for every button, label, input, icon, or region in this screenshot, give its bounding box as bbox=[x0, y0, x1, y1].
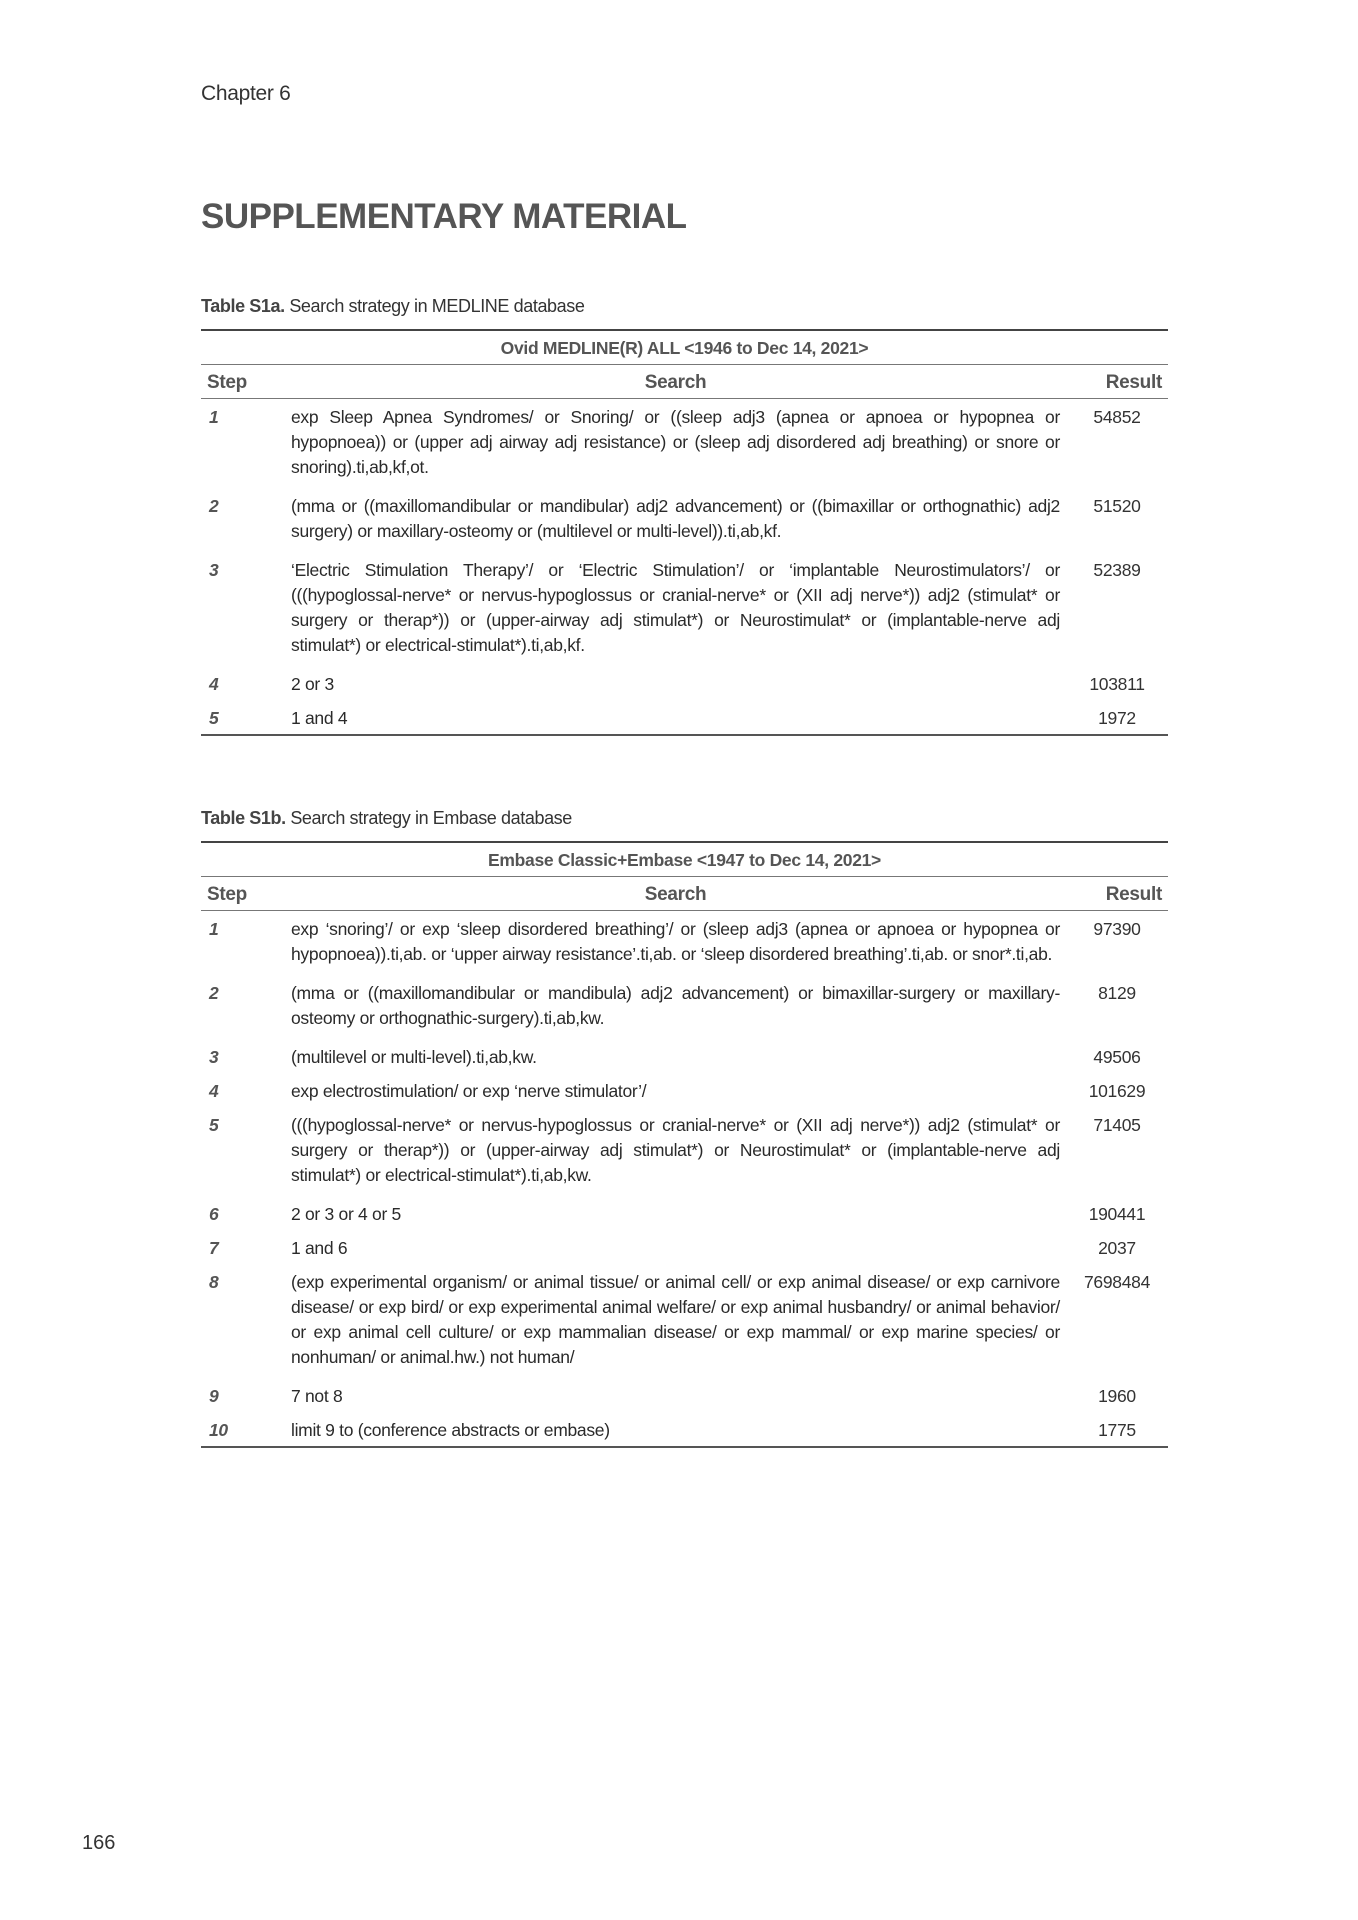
search-strategy-table: Ovid MEDLINE(R) ALL <1946 to Dec 14, 202… bbox=[201, 329, 1168, 736]
step-cell: 4 bbox=[201, 666, 285, 700]
column-header-search: Search bbox=[285, 365, 1066, 399]
database-header: Ovid MEDLINE(R) ALL <1946 to Dec 14, 202… bbox=[201, 330, 1168, 365]
column-header-search: Search bbox=[285, 877, 1066, 911]
table-row: 51 and 41972 bbox=[201, 700, 1168, 735]
table-s1a: Table S1a. Search strategy in MEDLINE da… bbox=[201, 296, 1168, 736]
step-cell: 1 bbox=[201, 911, 285, 976]
search-cell: (exp experimental organism/ or animal ti… bbox=[285, 1264, 1066, 1378]
search-strategy-table: Embase Classic+Embase <1947 to Dec 14, 2… bbox=[201, 841, 1168, 1448]
result-cell: 1960 bbox=[1066, 1378, 1168, 1412]
result-cell: 101629 bbox=[1066, 1073, 1168, 1107]
search-cell: (multilevel or multi-level).ti,ab,kw. bbox=[285, 1039, 1066, 1073]
result-cell: 51520 bbox=[1066, 488, 1168, 552]
step-cell: 5 bbox=[201, 1107, 285, 1196]
result-cell: 190441 bbox=[1066, 1196, 1168, 1230]
step-cell: 9 bbox=[201, 1378, 285, 1412]
table-row: 3‘Electric Stimulation Therapy’/ or ‘Ele… bbox=[201, 552, 1168, 666]
step-cell: 2 bbox=[201, 975, 285, 1039]
step-cell: 1 bbox=[201, 399, 285, 489]
result-cell: 54852 bbox=[1066, 399, 1168, 489]
page-number: 166 bbox=[82, 1832, 115, 1855]
search-cell: limit 9 to (conference abstracts or emba… bbox=[285, 1412, 1066, 1447]
step-cell: 3 bbox=[201, 552, 285, 666]
table-caption: Table S1a. Search strategy in MEDLINE da… bbox=[201, 296, 1168, 317]
table-body: 1exp Sleep Apnea Syndromes/ or Snoring/ … bbox=[201, 399, 1168, 736]
search-cell: 7 not 8 bbox=[285, 1378, 1066, 1412]
search-cell: (mma or ((maxillomandibular or mandibula… bbox=[285, 488, 1066, 552]
running-header-chapter: Chapter 6 bbox=[201, 82, 291, 106]
table-row: 8(exp experimental organism/ or animal t… bbox=[201, 1264, 1168, 1378]
table-body: 1exp ‘snoring’/ or exp ‘sleep disordered… bbox=[201, 911, 1168, 1448]
step-cell: 7 bbox=[201, 1230, 285, 1264]
column-header-step: Step bbox=[201, 877, 285, 911]
table-s1b: Table S1b. Search strategy in Embase dat… bbox=[201, 808, 1168, 1448]
column-header-result: Result bbox=[1066, 365, 1168, 399]
result-cell: 97390 bbox=[1066, 911, 1168, 976]
search-cell: 2 or 3 bbox=[285, 666, 1066, 700]
table-row: 3(multilevel or multi-level).ti,ab,kw.49… bbox=[201, 1039, 1168, 1073]
table-row: 4exp electrostimulation/ or exp ‘nerve s… bbox=[201, 1073, 1168, 1107]
step-cell: 5 bbox=[201, 700, 285, 735]
step-cell: 3 bbox=[201, 1039, 285, 1073]
result-cell: 71405 bbox=[1066, 1107, 1168, 1196]
search-cell: 1 and 4 bbox=[285, 700, 1066, 735]
search-cell: ‘Electric Stimulation Therapy’/ or ‘Elec… bbox=[285, 552, 1066, 666]
table-caption-text: Search strategy in Embase database bbox=[290, 808, 572, 828]
table-row: 62 or 3 or 4 or 5190441 bbox=[201, 1196, 1168, 1230]
table-caption: Table S1b. Search strategy in Embase dat… bbox=[201, 808, 1168, 829]
table-row: 71 and 62037 bbox=[201, 1230, 1168, 1264]
result-cell: 2037 bbox=[1066, 1230, 1168, 1264]
search-cell: exp ‘snoring’/ or exp ‘sleep disordered … bbox=[285, 911, 1066, 976]
result-cell: 8129 bbox=[1066, 975, 1168, 1039]
table-label: Table S1a. bbox=[201, 296, 285, 316]
table-caption-text: Search strategy in MEDLINE database bbox=[289, 296, 584, 316]
result-cell: 1972 bbox=[1066, 700, 1168, 735]
table-row: 5(((hypoglossal-nerve* or nervus-hypoglo… bbox=[201, 1107, 1168, 1196]
table-row: 1exp ‘snoring’/ or exp ‘sleep disordered… bbox=[201, 911, 1168, 976]
column-header-step: Step bbox=[201, 365, 285, 399]
table-row: 10limit 9 to (conference abstracts or em… bbox=[201, 1412, 1168, 1447]
table-row: 2(mma or ((maxillomandibular or mandibul… bbox=[201, 975, 1168, 1039]
table-row: 97 not 81960 bbox=[201, 1378, 1168, 1412]
step-cell: 10 bbox=[201, 1412, 285, 1447]
step-cell: 4 bbox=[201, 1073, 285, 1107]
result-cell: 1775 bbox=[1066, 1412, 1168, 1447]
step-cell: 2 bbox=[201, 488, 285, 552]
database-header: Embase Classic+Embase <1947 to Dec 14, 2… bbox=[201, 842, 1168, 877]
table-label: Table S1b. bbox=[201, 808, 286, 828]
search-cell: 2 or 3 or 4 or 5 bbox=[285, 1196, 1066, 1230]
search-cell: (((hypoglossal-nerve* or nervus-hypoglos… bbox=[285, 1107, 1066, 1196]
table-row: 42 or 3103811 bbox=[201, 666, 1168, 700]
result-cell: 49506 bbox=[1066, 1039, 1168, 1073]
column-header-result: Result bbox=[1066, 877, 1168, 911]
table-row: 2(mma or ((maxillomandibular or mandibul… bbox=[201, 488, 1168, 552]
table-row: 1exp Sleep Apnea Syndromes/ or Snoring/ … bbox=[201, 399, 1168, 489]
search-cell: 1 and 6 bbox=[285, 1230, 1066, 1264]
search-cell: (mma or ((maxillomandibular or mandibula… bbox=[285, 975, 1066, 1039]
result-cell: 52389 bbox=[1066, 552, 1168, 666]
section-title: SUPPLEMENTARY MATERIAL bbox=[201, 197, 687, 237]
search-cell: exp Sleep Apnea Syndromes/ or Snoring/ o… bbox=[285, 399, 1066, 489]
step-cell: 8 bbox=[201, 1264, 285, 1378]
search-cell: exp electrostimulation/ or exp ‘nerve st… bbox=[285, 1073, 1066, 1107]
step-cell: 6 bbox=[201, 1196, 285, 1230]
result-cell: 7698484 bbox=[1066, 1264, 1168, 1378]
result-cell: 103811 bbox=[1066, 666, 1168, 700]
